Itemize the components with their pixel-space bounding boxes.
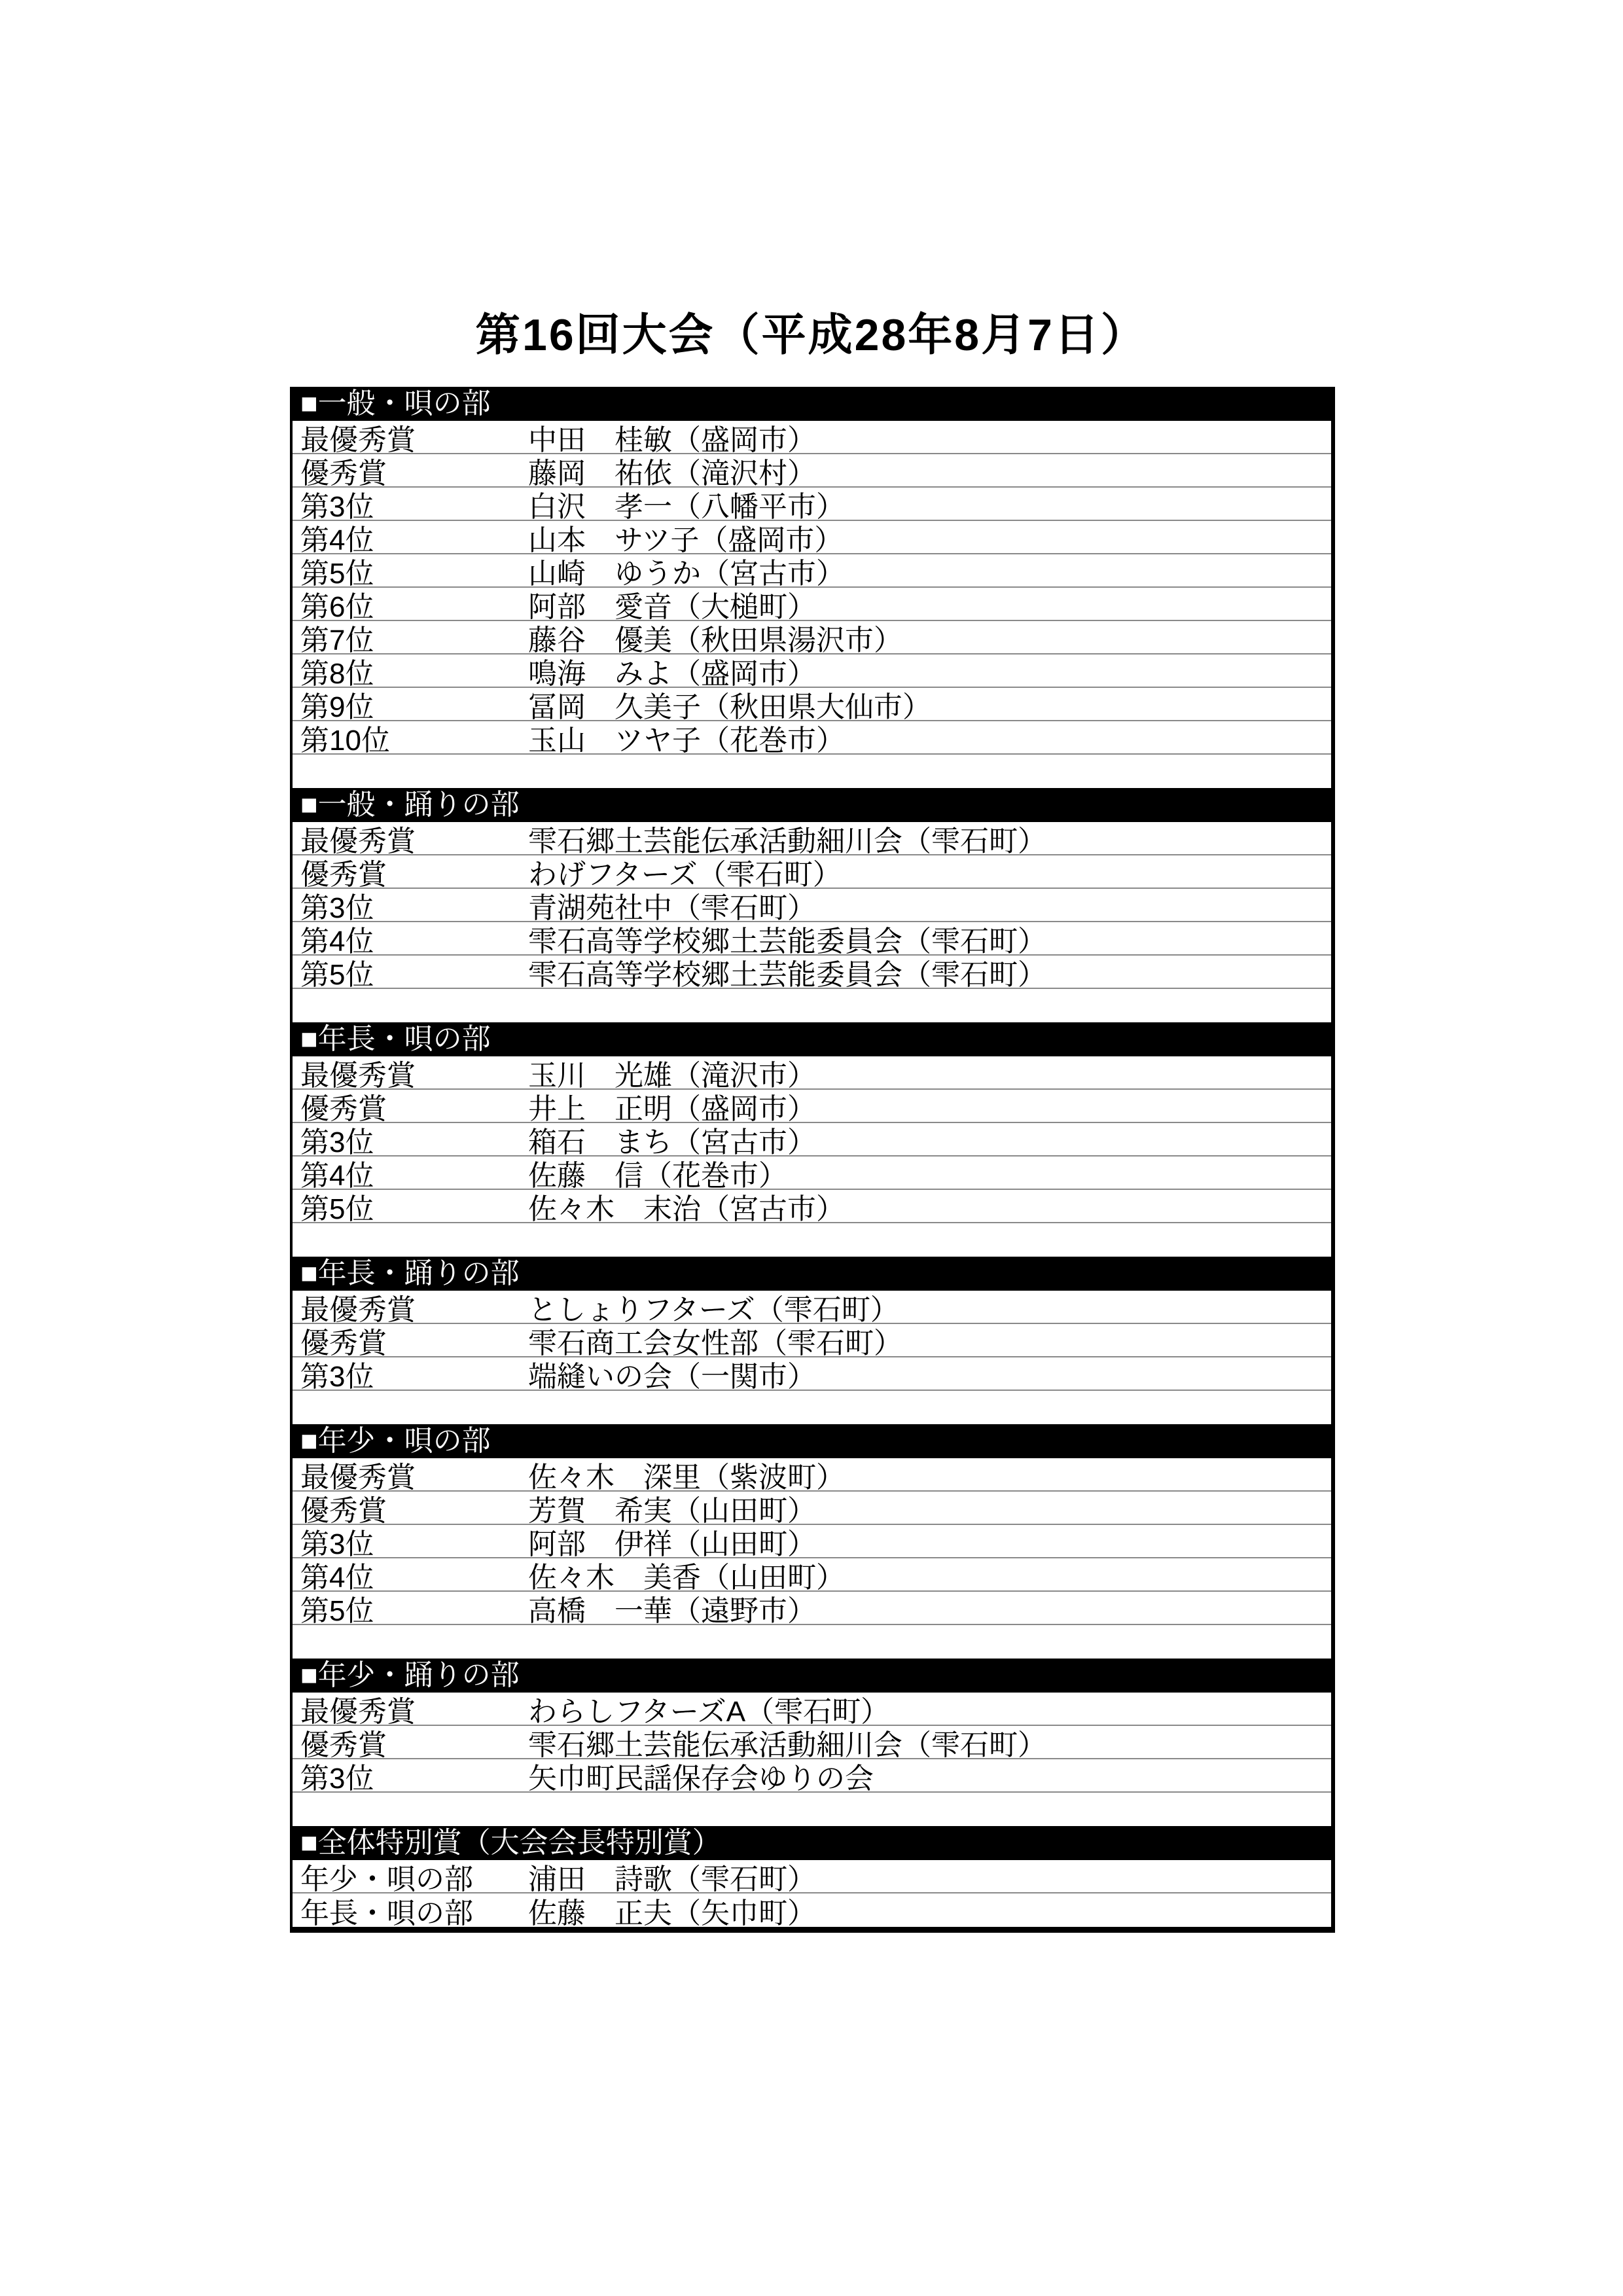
- award-winner: 高橋 一華（遠野市）: [528, 1592, 1331, 1625]
- award-row: 第5位佐々木 末治（宮古市）: [293, 1190, 1331, 1223]
- award-row: 第5位雫石高等学校郷土芸能委員会（雫石町）: [293, 956, 1331, 989]
- award-winner: 山崎 ゆうか（宮古市）: [528, 554, 1331, 588]
- award-rank: 優秀賞: [300, 1090, 528, 1123]
- award-row: 最優秀賞雫石郷土芸能伝承活動細川会（雫石町）: [293, 822, 1331, 855]
- award-rank: 優秀賞: [300, 454, 528, 488]
- page-title: 第16回大会（平成28年8月7日）: [0, 300, 1623, 363]
- award-row: 第10位玉山 ツヤ子（花巻市）: [293, 721, 1331, 755]
- award-rank: 優秀賞: [300, 855, 528, 889]
- award-row: 第3位矢巾町民謡保存会ゆりの会: [293, 1759, 1331, 1793]
- award-rank: 年長・唄の部: [300, 1893, 528, 1927]
- award-winner: 矢巾町民謡保存会ゆりの会: [528, 1759, 1331, 1793]
- award-winner: 山本 サツ子（盛岡市）: [528, 521, 1331, 554]
- section-header: ■年少・踊りの部: [293, 1659, 1331, 1693]
- award-winner: 佐藤 正夫（矢巾町）: [528, 1893, 1331, 1927]
- award-winner: 藤岡 祐依（滝沢村）: [528, 454, 1331, 488]
- award-rank: 優秀賞: [300, 1726, 528, 1759]
- page: { "page": { "title": "第16回大会（平成28年8月7日）"…: [0, 0, 1623, 2296]
- award-row: 優秀賞雫石郷土芸能伝承活動細川会（雫石町）: [293, 1726, 1331, 1759]
- award-winner: 佐々木 末治（宮古市）: [528, 1190, 1331, 1223]
- award-winner: 玉川 光雄（滝沢市）: [528, 1056, 1331, 1090]
- award-rank: 最優秀賞: [300, 1458, 528, 1492]
- award-row: 第4位佐々木 美香（山田町）: [293, 1558, 1331, 1592]
- award-row: 年長・唄の部佐藤 正夫（矢巾町）: [293, 1893, 1331, 1927]
- award-rank: 最優秀賞: [300, 421, 528, 454]
- section-header: ■年長・唄の部: [293, 1022, 1331, 1056]
- section-header: ■年少・唄の部: [293, 1424, 1331, 1458]
- award-rank: 最優秀賞: [300, 1291, 528, 1324]
- award-table: ■一般・唄の部最優秀賞中田 桂敏（盛岡市）優秀賞藤岡 祐依（滝沢村）第3位白沢 …: [290, 387, 1335, 1933]
- award-winner: 冨岡 久美子（秋田県大仙市）: [528, 688, 1331, 721]
- award-row: 優秀賞雫石商工会女性部（雫石町）: [293, 1324, 1331, 1357]
- award-rank: 第3位: [300, 1357, 528, 1391]
- award-rank: 年少・唄の部: [300, 1860, 528, 1893]
- award-row: 優秀賞芳賀 希実（山田町）: [293, 1492, 1331, 1525]
- award-winner: としょりフターズ（雫石町）: [528, 1291, 1331, 1324]
- award-rank: 第4位: [300, 1157, 528, 1190]
- award-row: 優秀賞藤岡 祐依（滝沢村）: [293, 454, 1331, 488]
- award-row: 第3位阿部 伊祥（山田町）: [293, 1525, 1331, 1558]
- section-header: ■全体特別賞（大会会長特別賞）: [293, 1826, 1331, 1860]
- award-row: 年少・唄の部浦田 詩歌（雫石町）: [293, 1860, 1331, 1893]
- award-row: 第9位冨岡 久美子（秋田県大仙市）: [293, 688, 1331, 721]
- award-winner: 雫石高等学校郷土芸能委員会（雫石町）: [528, 956, 1331, 989]
- award-row: 第5位山崎 ゆうか（宮古市）: [293, 554, 1331, 588]
- award-winner: 佐々木 美香（山田町）: [528, 1558, 1331, 1592]
- award-winner: 阿部 愛音（大槌町）: [528, 588, 1331, 621]
- award-row: 第4位山本 サツ子（盛岡市）: [293, 521, 1331, 554]
- award-winner: 佐藤 信（花巻市）: [528, 1157, 1331, 1190]
- section-spacer: [293, 1223, 1331, 1257]
- award-rank: 第10位: [300, 721, 528, 755]
- award-rank: 最優秀賞: [300, 1056, 528, 1090]
- section-spacer: [293, 989, 1331, 1022]
- award-row: 第3位箱石 まち（宮古市）: [293, 1123, 1331, 1157]
- award-winner: 白沢 孝一（八幡平市）: [528, 488, 1331, 521]
- award-row: 第4位雫石高等学校郷土芸能委員会（雫石町）: [293, 922, 1331, 956]
- award-rank: 最優秀賞: [300, 1693, 528, 1726]
- award-rank: 第3位: [300, 1123, 528, 1157]
- award-rank: 第3位: [300, 1525, 528, 1558]
- section-spacer: [293, 1391, 1331, 1424]
- award-winner: 藤谷 優美（秋田県湯沢市）: [528, 621, 1331, 655]
- award-winner: 雫石高等学校郷土芸能委員会（雫石町）: [528, 922, 1331, 956]
- award-row: 優秀賞井上 正明（盛岡市）: [293, 1090, 1331, 1123]
- award-winner: 雫石商工会女性部（雫石町）: [528, 1324, 1331, 1357]
- award-row: 第3位青湖苑社中（雫石町）: [293, 889, 1331, 922]
- award-winner: 玉山 ツヤ子（花巻市）: [528, 721, 1331, 755]
- award-rank: 第9位: [300, 688, 528, 721]
- section-header: ■一般・唄の部: [293, 387, 1331, 421]
- award-winner: 青湖苑社中（雫石町）: [528, 889, 1331, 922]
- award-winner: 浦田 詩歌（雫石町）: [528, 1860, 1331, 1893]
- award-winner: 佐々木 深里（紫波町）: [528, 1458, 1331, 1492]
- award-winner: 雫石郷土芸能伝承活動細川会（雫石町）: [528, 822, 1331, 855]
- award-row: 最優秀賞としょりフターズ（雫石町）: [293, 1291, 1331, 1324]
- award-winner: わげフターズ（雫石町）: [528, 855, 1331, 889]
- section-spacer: [293, 1793, 1331, 1826]
- award-row: 第7位藤谷 優美（秋田県湯沢市）: [293, 621, 1331, 655]
- award-row: 優秀賞わげフターズ（雫石町）: [293, 855, 1331, 889]
- award-rank: 第3位: [300, 488, 528, 521]
- award-row: 最優秀賞佐々木 深里（紫波町）: [293, 1458, 1331, 1492]
- section-spacer: [293, 755, 1331, 788]
- award-rank: 優秀賞: [300, 1492, 528, 1525]
- section-header: ■年長・踊りの部: [293, 1257, 1331, 1291]
- award-row: 第4位佐藤 信（花巻市）: [293, 1157, 1331, 1190]
- award-rank: 優秀賞: [300, 1324, 528, 1357]
- award-rank: 第5位: [300, 1592, 528, 1625]
- award-rank: 第6位: [300, 588, 528, 621]
- award-winner: 阿部 伊祥（山田町）: [528, 1525, 1331, 1558]
- section-spacer: [293, 1625, 1331, 1659]
- award-winner: 芳賀 希実（山田町）: [528, 1492, 1331, 1525]
- award-rank: 第5位: [300, 956, 528, 989]
- award-row: 第8位鳴海 みよ（盛岡市）: [293, 655, 1331, 688]
- award-row: 第3位白沢 孝一（八幡平市）: [293, 488, 1331, 521]
- award-rank: 第3位: [300, 889, 528, 922]
- section-header: ■一般・踊りの部: [293, 788, 1331, 822]
- award-rank: 第5位: [300, 554, 528, 588]
- award-row: 最優秀賞中田 桂敏（盛岡市）: [293, 421, 1331, 454]
- award-row: 第6位阿部 愛音（大槌町）: [293, 588, 1331, 621]
- award-winner: 中田 桂敏（盛岡市）: [528, 421, 1331, 454]
- award-winner: 井上 正明（盛岡市）: [528, 1090, 1331, 1123]
- award-winner: 雫石郷土芸能伝承活動細川会（雫石町）: [528, 1726, 1331, 1759]
- award-winner: 箱石 まち（宮古市）: [528, 1123, 1331, 1157]
- award-row: 第5位高橋 一華（遠野市）: [293, 1592, 1331, 1625]
- award-row: 最優秀賞玉川 光雄（滝沢市）: [293, 1056, 1331, 1090]
- award-rank: 最優秀賞: [300, 822, 528, 855]
- award-rank: 第4位: [300, 1558, 528, 1592]
- award-rank: 第4位: [300, 521, 528, 554]
- award-rank: 第4位: [300, 922, 528, 956]
- award-row: 最優秀賞わらしフターズA（雫石町）: [293, 1693, 1331, 1726]
- award-rank: 第8位: [300, 655, 528, 688]
- award-winner: 端縫いの会（一関市）: [528, 1357, 1331, 1391]
- award-winner: わらしフターズA（雫石町）: [528, 1693, 1331, 1726]
- award-rank: 第3位: [300, 1759, 528, 1793]
- award-winner: 鳴海 みよ（盛岡市）: [528, 655, 1331, 688]
- award-rank: 第5位: [300, 1190, 528, 1223]
- award-row: 第3位端縫いの会（一関市）: [293, 1357, 1331, 1391]
- award-rank: 第7位: [300, 621, 528, 655]
